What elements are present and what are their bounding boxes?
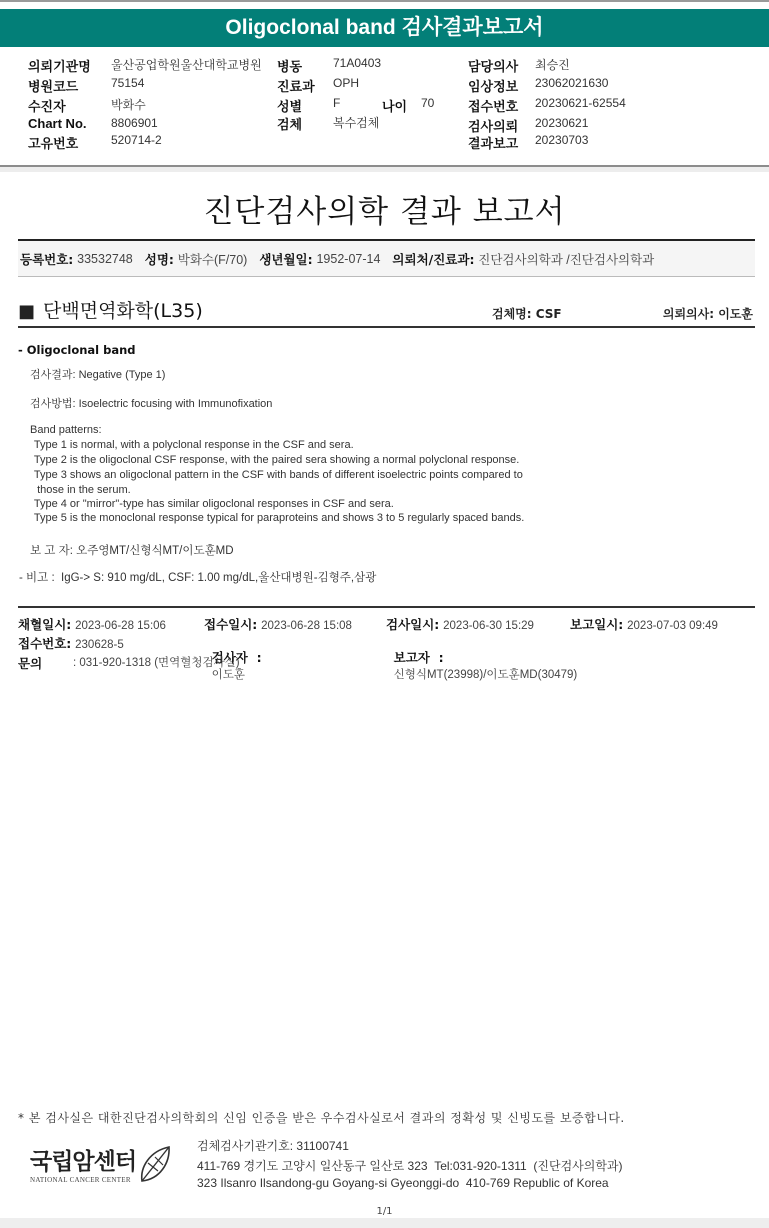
address-korean: 411-769 경기도 고양시 일산동구 일산로 323 Tel:031-920…: [197, 1157, 623, 1174]
header-field-age: 나이 70: [382, 96, 407, 115]
section-name: 단백면역화학(L35): [43, 296, 203, 323]
header-field-sex: 성별 F: [277, 96, 302, 115]
test-name: - Oligoclonal band: [18, 343, 136, 357]
test-method: 검사방법: Isoelectric focusing with Immunofi…: [30, 395, 272, 411]
reporter-line: 보 고 자: 오주영MT/신형식MT/이도훈MD: [30, 542, 234, 558]
header-field-department: 진료과 OPH: [277, 76, 315, 95]
patient-info-bar: 등록번호: 33532748 성명: 박화수(F/70) 생년월일: 1952-…: [18, 239, 755, 277]
remark-line: - 비고 : IgG-> S: 910 mg/dL, CSF: 1.00 mg/…: [19, 569, 376, 585]
band-pattern-line: Type 2 is the oligoclonal CSF response, …: [31, 454, 519, 466]
band-pattern-line: Type 5 is the monoclonal response typica…: [31, 512, 524, 524]
reporter: 보고자 : 신형식MT(23998)/이도훈MD(30479): [386, 634, 577, 682]
header-field-clinical-info: 임상정보 23062021630: [468, 76, 518, 95]
dob-value: 1952-07-14: [316, 252, 380, 266]
name-label: 성명:: [145, 250, 174, 268]
page-number: 1/1: [0, 1206, 769, 1217]
header-field-ward: 병동 71A0403: [277, 56, 302, 75]
logo: 국립암센터 NATIONAL CANCER CENTER: [30, 1143, 180, 1193]
leaf-icon: [138, 1145, 172, 1185]
header-field-unique-no: 고유번호 520714-2: [28, 133, 78, 152]
square-icon: ■: [18, 301, 35, 323]
band-pattern-line: Type 3 shows an oligoclonal pattern in t…: [31, 469, 523, 481]
test-datetime: 검사일시: 2023-06-30 15:29: [386, 615, 534, 633]
dept-label: 의뢰처/진료과:: [392, 250, 474, 268]
header-field-hospital-code: 병원코드 75154: [28, 76, 78, 95]
header-field-patient: 수진자 박화수: [28, 96, 66, 115]
band-pattern-line: Type 4 or "mirror"-type has similar olig…: [31, 498, 394, 510]
reg-no-value: 33532748: [77, 252, 133, 266]
band-patterns-header: Band patterns:: [30, 424, 102, 436]
band-pattern-line: Type 1 is normal, with a polyclonal resp…: [31, 439, 354, 451]
header-field-specimen: 검체 복수검체: [277, 114, 302, 133]
report-datetime: 보고일시: 2023-07-03 09:49: [570, 615, 718, 633]
specimen-name: 검체명: CSF: [492, 305, 562, 322]
document-title-bar: Oligoclonal band 검사결과보고서: [0, 9, 769, 47]
contact: 문의 : 031-920-1318 (면역혈청검사실): [18, 654, 42, 672]
address-english: 323 Ilsanro Ilsandong-gu Goyang-si Gyeon…: [197, 1176, 609, 1190]
certification-note: * 본 검사실은 대한진단검사의학회의 신임 인증을 받은 우수검사실로서 결과…: [18, 1109, 625, 1126]
requesting-doctor: 의뢰의사: 이도훈: [663, 305, 753, 322]
header-field-attending-doctor: 담당의사 최승진: [468, 56, 518, 75]
dept-value: 진단검사의학과 /진단검사의학과: [478, 250, 654, 268]
reg-no-label: 등록번호:: [20, 250, 73, 268]
name-value: 박화수(F/70): [178, 250, 248, 268]
header-field-chart-no: Chart No. 8806901: [28, 116, 87, 131]
accession-no: 접수번호: 230628-5: [18, 634, 124, 652]
receive-datetime: 접수일시: 2023-06-28 15:08: [204, 615, 352, 633]
test-result: 검사결과: Negative (Type 1): [30, 366, 165, 382]
section-header: ■ 단백면역화학(L35) 검체명: CSF 의뢰의사: 이도훈: [18, 298, 755, 328]
page-bottom-edge: [0, 1218, 769, 1228]
institution-code: 검체검사기관기호: 31100741: [197, 1137, 349, 1154]
band-pattern-line: those in the serum.: [31, 484, 131, 496]
document-title: Oligoclonal band 검사결과보고서: [225, 16, 543, 39]
divider-shadow: [0, 167, 769, 172]
dob-label: 생년월일:: [259, 250, 312, 268]
report-title: 진단검사의학 결과 보고서: [0, 186, 769, 231]
header-field-result-report: 결과보고 20230703: [468, 133, 518, 152]
header-field-receipt-no: 접수번호 20230621-62554: [468, 96, 518, 115]
collect-datetime: 채혈일시: 2023-06-28 15:06: [18, 615, 166, 633]
divider: [18, 606, 755, 608]
top-rule: [0, 0, 769, 2]
header-field-institution: 의뢰기관명 울산공업학원울산대학교병원: [28, 56, 91, 75]
